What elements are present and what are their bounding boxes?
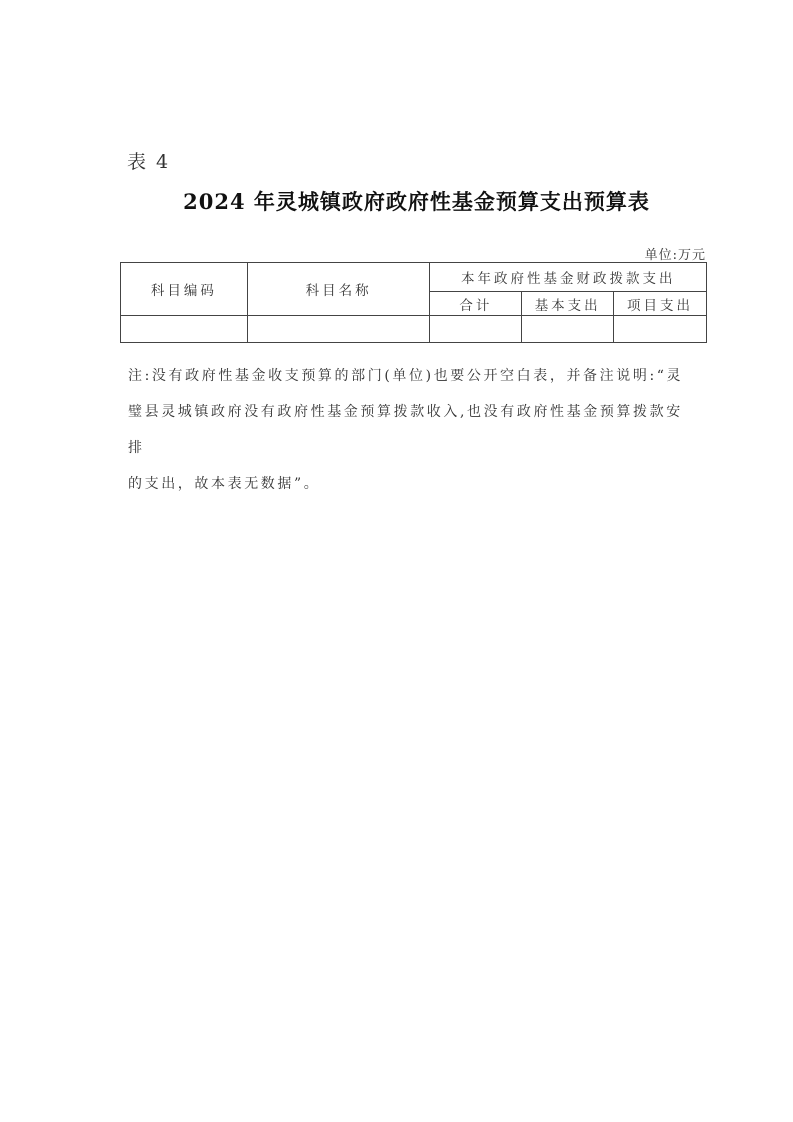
cell-project-expenditure — [614, 316, 707, 343]
header-basic-expenditure: 基本支出 — [522, 292, 614, 316]
table-number-label: 表 4 — [127, 147, 170, 174]
table-row — [121, 316, 707, 343]
header-group-fund-expenditure: 本年政府性基金财政拨款支出 — [430, 263, 707, 292]
budget-table: 科目编码 科目名称 本年政府性基金财政拨款支出 合计 基本支出 项目支出 — [120, 262, 707, 343]
header-subject-code: 科目编码 — [121, 263, 248, 316]
cell-subject-name — [247, 316, 430, 343]
note-line-1: 注:没有政府性基金收支预算的部门(单位)也要公开空白表，并备注说明:“灵 — [128, 358, 688, 394]
note-line-2: 璧县灵城镇政府没有政府性基金预算拨款收入,也没有政府性基金预算拨款安排 — [128, 394, 688, 466]
cell-subject-code — [121, 316, 248, 343]
header-project-expenditure: 项目支出 — [614, 292, 707, 316]
table-header-row: 科目编码 科目名称 本年政府性基金财政拨款支出 — [121, 263, 707, 292]
note-paragraph: 注:没有政府性基金收支预算的部门(单位)也要公开空白表，并备注说明:“灵 璧县灵… — [128, 358, 688, 502]
unit-label: 单位:万元 — [645, 244, 706, 263]
note-line-3: 的支出，故本表无数据”。 — [128, 466, 688, 502]
header-subject-name: 科目名称 — [247, 263, 430, 316]
cell-total — [430, 316, 522, 343]
header-total: 合计 — [430, 292, 522, 316]
page-title: 2024 年灵城镇政府政府性基金预算支出预算表 — [0, 186, 793, 216]
cell-basic-expenditure — [522, 316, 614, 343]
